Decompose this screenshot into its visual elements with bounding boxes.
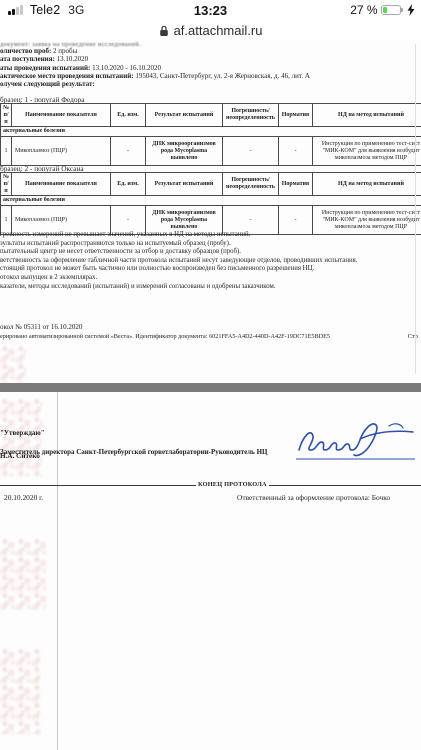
red-stamp-fragment [0,648,40,734]
table-group-row: актериальные болезни [1,127,421,137]
responsible-line: Ответственный за оформление протокола: Б… [237,493,390,502]
note-line: отокол выпущен в 2 экземплярах. [0,274,357,283]
field-line: оличество проб: 2 пробы [0,47,310,55]
page-number-label: Стр [408,333,418,340]
results-table-sample-1: № п/п Наименование показателя Ед. изм. Р… [0,103,421,166]
red-stamp-fragment [0,538,46,610]
generated-by-line: ерировано автоматизированной системой «В… [0,333,330,340]
table-row: 1 Микоплазмоз (ПЦР) - ДНК микроорганизмо… [1,137,421,166]
field-line: актическое место проведения испытаний: 1… [0,72,310,80]
protocol-number-line: окол № 05311 от 16.10.2020 [0,323,82,331]
battery-percent-label: 27 % [350,3,377,17]
page-edge-line [415,44,416,374]
iphone-screen: Tele2 3G 13:23 27 % af.attachmail.ru док… [0,0,421,750]
status-bar-right: 27 % [350,3,415,17]
red-stamp-fragment [0,345,26,383]
field-line: аты проведения испытаний: 13.10.2020 - 1… [0,64,310,72]
red-stamp-fragment [0,398,42,476]
table-header-row: № п/п Наименование показателя Ед. изм. Р… [1,173,421,196]
doc-header-fields: оличество проб: 2 пробы ата поступления:… [0,47,310,88]
note-line: стоящий протокол не может быть частично … [0,265,357,274]
protocol-date: 20.10.2020 г. [4,493,43,502]
note-line: ветственность за оформление табличной ча… [0,257,357,266]
field-line: олучен следующий результат: [0,80,310,88]
table-header-row: № п/п Наименование показателя Ед. изм. Р… [1,104,421,127]
results-table-sample-2: № п/п Наименование показателя Ед. изм. Р… [0,172,421,235]
page-divider-band [0,383,421,392]
browser-url-bar[interactable]: af.attachmail.ru [0,21,421,40]
approve-label: "Утверждаю" [0,429,45,437]
director-position-line: Заместитель директора Санкт-Петербургско… [0,448,267,456]
protocol-notes: грешность измерений не превышает значени… [0,231,357,291]
note-line: пытательный центр не несет ответственнос… [0,248,357,257]
note-line: зультаты испытаний распространяются толь… [0,240,357,249]
status-bar: Tele2 3G 13:23 27 % [0,0,421,21]
note-line: грешность измерений не превышает значени… [0,231,357,240]
document-viewport[interactable]: документ: заявка на проведение исследова… [0,40,421,750]
url-domain: af.attachmail.ru [174,23,263,38]
scan-fold-line [57,392,58,750]
charging-bolt-icon [407,4,415,16]
table-group-row: актериальные болезни [1,196,421,206]
note-line: казатели, методы исследований (испытаний… [0,283,357,292]
battery-icon [381,5,403,15]
end-of-protocol-row: КОНЕЦ ПРОТОКОЛА [0,479,421,486]
signature-scribble [293,412,421,466]
field-line: ата поступления: 13.10.2020 [0,55,310,63]
lock-icon [159,25,169,37]
signer-name: Н.А. Ситеко [0,452,40,460]
end-of-protocol-label: КОНЕЦ ПРОТОКОЛА [196,481,269,488]
